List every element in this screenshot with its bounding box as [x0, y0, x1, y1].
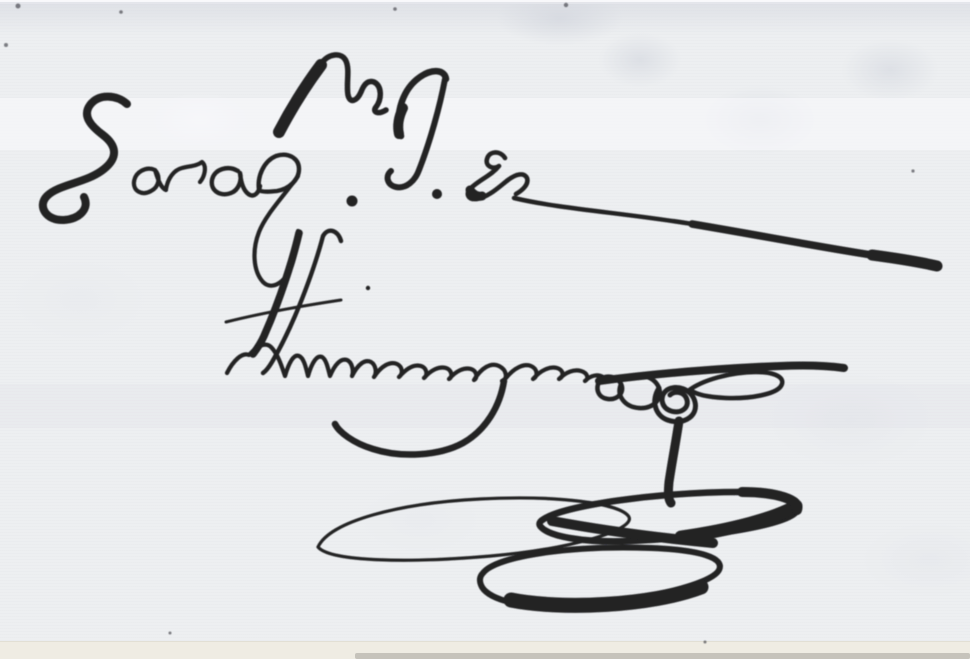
ink-period-after-T	[432, 189, 442, 199]
stroke-line1-swash-b	[692, 224, 872, 255]
paper-speck-5	[4, 43, 8, 47]
paper-speck-4	[564, 3, 568, 7]
stroke-line1-swash-c	[872, 255, 937, 266]
stroke-monogram-thick	[253, 233, 299, 354]
handwriting-ink	[0, 0, 970, 659]
stroke-glyph-T-hook-blob	[398, 108, 403, 134]
paper-speck-1	[16, 4, 21, 9]
stroke-zh-blob	[470, 190, 482, 196]
stroke-word-part1	[227, 345, 506, 381]
paper-speck-2	[119, 10, 123, 14]
stroke-word-swash	[335, 381, 504, 455]
signature-strokes	[4, 3, 937, 644]
paper-speck-3	[393, 7, 397, 11]
stroke-letter-a	[212, 168, 260, 195]
stroke-ellipse-lower-heavy	[511, 587, 701, 605]
stroke-knot-tail	[668, 421, 679, 503]
stroke-glyph-n-arches	[321, 55, 386, 113]
stroke-letter-r	[166, 162, 205, 189]
ink-period-after-serap	[347, 196, 358, 207]
stroke-word-part2	[506, 365, 603, 381]
stroke-letter-e	[134, 169, 166, 193]
paper-speck-8	[704, 641, 707, 644]
paper-speck-7	[169, 632, 172, 635]
ink-small-ink-dot	[366, 286, 370, 290]
paper-speck-6	[911, 169, 914, 172]
stroke-knot-right-loop	[688, 372, 782, 398]
stroke-cap-S	[43, 97, 127, 220]
stroke-line1-swash-a	[514, 198, 692, 224]
stroke-monogram-crossbar	[226, 300, 341, 322]
manuscript-photo	[0, 0, 970, 659]
stroke-glyph-n-stem	[279, 65, 321, 132]
